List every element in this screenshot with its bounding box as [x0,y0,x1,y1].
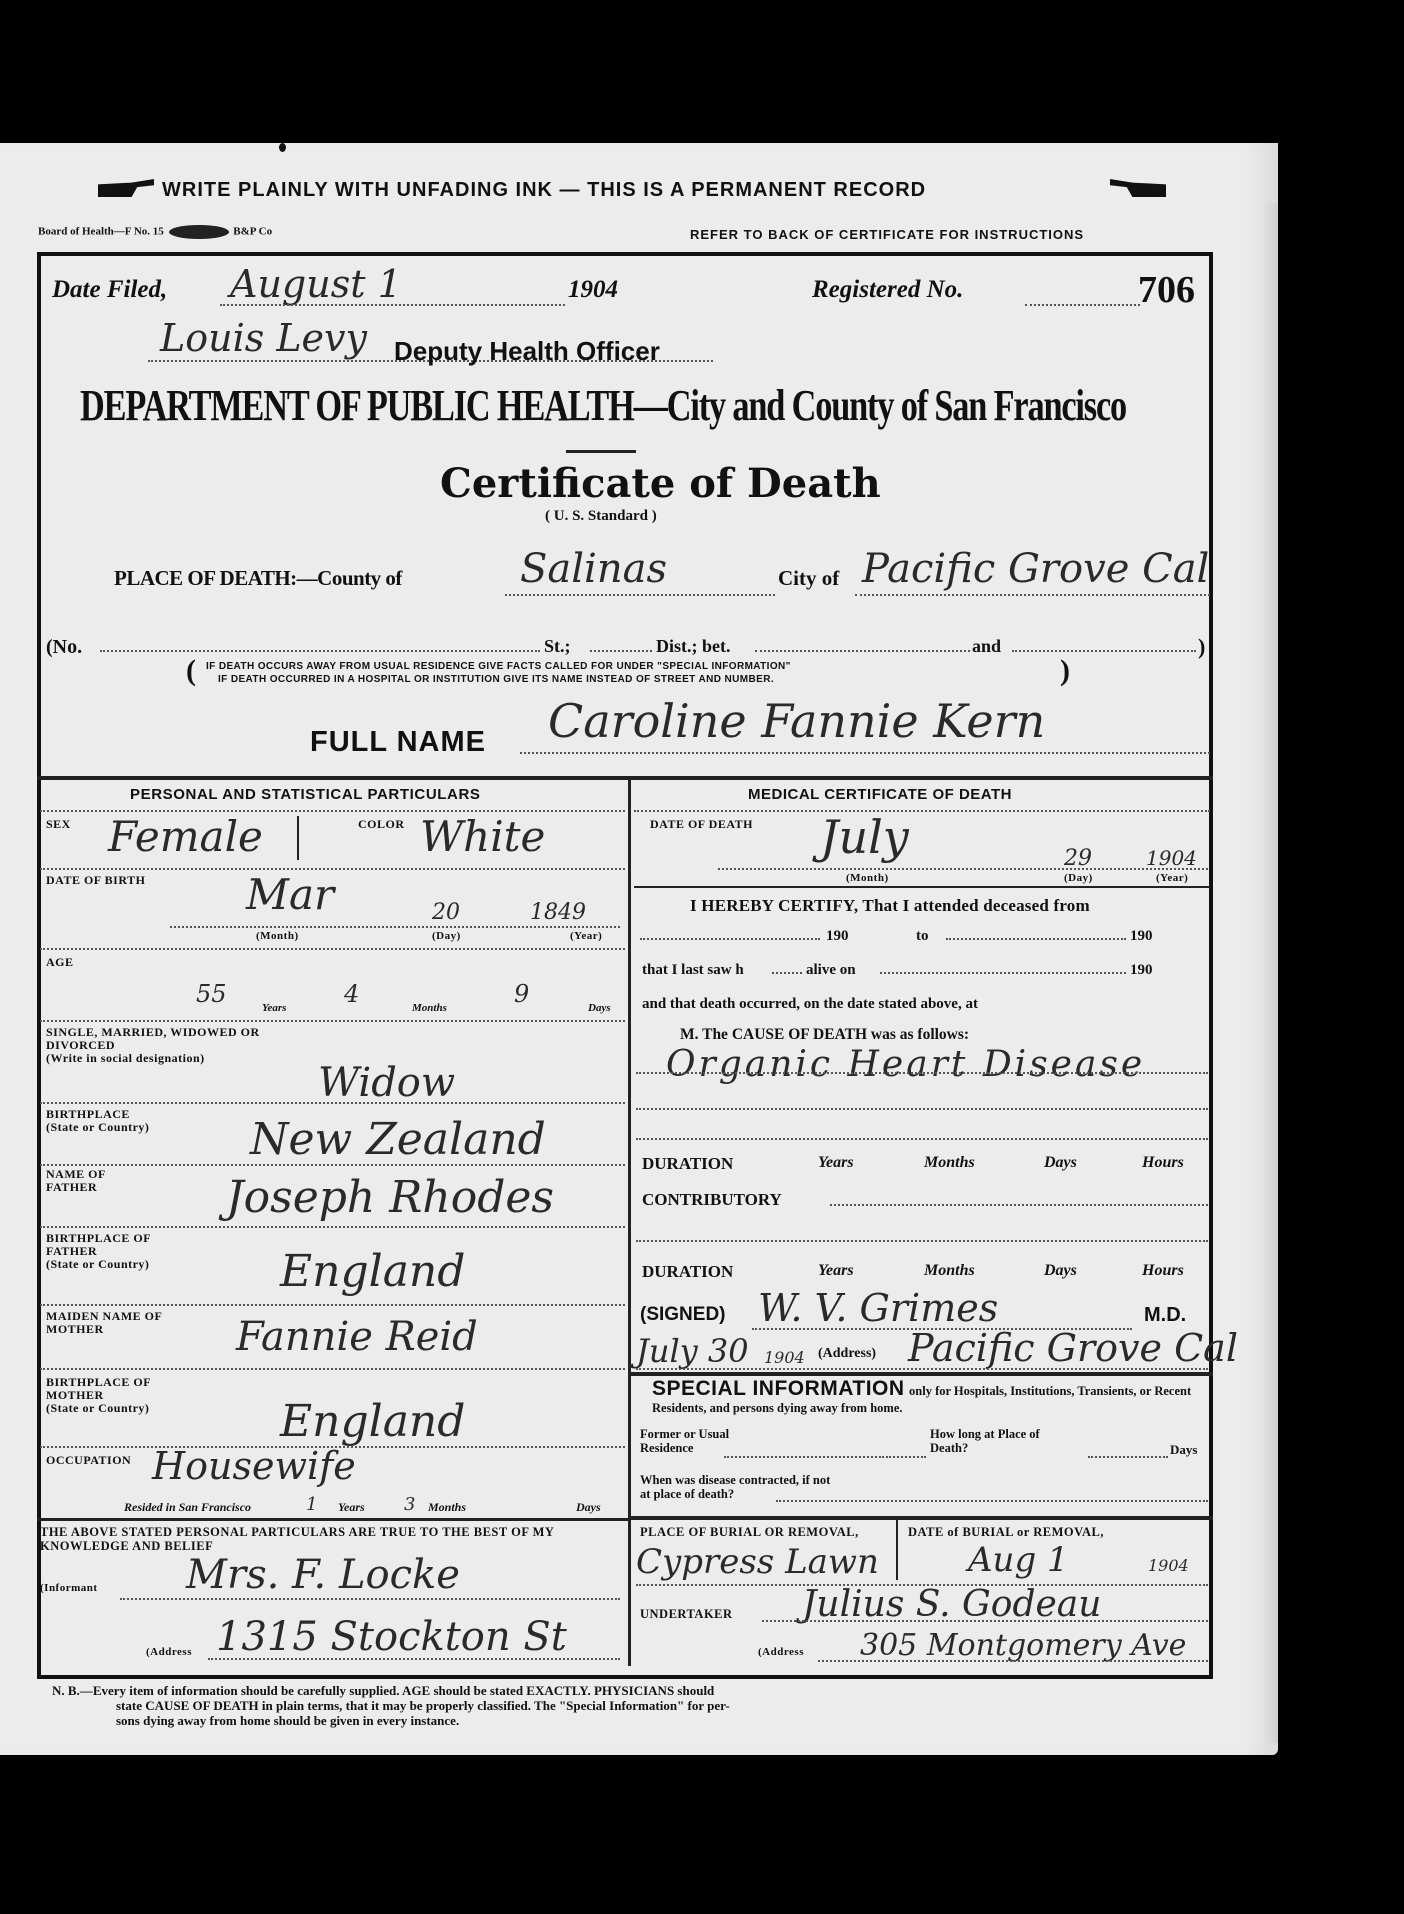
row-rule [634,810,1210,812]
physician-address-label: (Address) [818,1346,876,1362]
sex-label: SEX [46,818,71,831]
informant-value: Mrs. F. Locke [186,1552,460,1598]
department-title: DEPARTMENT OF PUBLIC HEALTH—City and Cou… [80,380,1126,431]
signed-label: (SIGNED) [640,1304,726,1326]
age-months: 4 [344,980,359,1008]
cause-line-2 [636,1108,1208,1110]
dob-line [170,926,620,928]
date-filed-label: Date Filed, [52,276,167,304]
and-label: and [972,636,1001,657]
resided-days-caption: Days [576,1500,601,1515]
dist-line [755,650,970,652]
contracted-label: When was disease contracted, if not at p… [640,1474,840,1502]
row-rule [40,1020,625,1022]
city-label: City of [778,566,839,591]
physician-signature: W. V. Grimes [758,1286,998,1330]
informant-address-line [208,1658,620,1660]
former-residence-label: Former or Usual Residence [640,1428,750,1456]
st-line [590,650,652,652]
row-rule [40,1226,625,1228]
certify-text: I HEREBY CERTIFY, That I attended deceas… [690,896,1090,916]
union-label-icon [169,225,229,239]
dod-divider [634,886,1210,888]
special-heading-big: SPECIAL INFORMATION [652,1377,905,1400]
burial-divider [629,1516,1213,1520]
undertaker-address-label: (Address [758,1646,804,1658]
age-years-caption: Years [262,1002,286,1014]
marital-sub-text: (Write in social designation) [46,1051,205,1065]
father-birthplace-value: England [280,1246,465,1297]
contracted-line [776,1500,1208,1502]
dod-label: DATE OF DEATH [650,818,753,831]
occurred-text: and that death occurred, on the date sta… [642,996,978,1013]
date-filed-value: August 1 [230,262,402,306]
birthplace-value: New Zealand [250,1114,546,1165]
birthplace-sub-text: (State or Country) [46,1120,149,1134]
signed-year: 1904 [764,1348,805,1367]
occupation-label: OCCUPATION [46,1454,131,1467]
dob-day: 20 [432,900,460,925]
county-line [505,594,775,596]
father-value: Joseph Rhodes [226,1172,554,1223]
note-close-paren: ) [1060,654,1070,688]
dod-line [718,868,1208,870]
father-bp-label-text: BIRTHPLACE OF FATHER [46,1231,151,1258]
undertaker-label: UNDERTAKER [640,1608,733,1622]
county-value: Salinas [520,546,667,592]
special-heading: SPECIAL INFORMATION only for Hospitals, … [652,1378,1212,1417]
dod-month: July [820,810,909,864]
alive-190: 190 [1130,962,1153,979]
father-bp-sub-text: (State or Country) [46,1257,149,1271]
title-rule [566,450,636,453]
alive-on-line [880,972,1126,974]
mother-value: Fannie Reid [236,1314,478,1360]
from-190: 190 [826,928,849,945]
full-name-line [520,752,1210,754]
burial-date-value: Aug 1 [968,1540,1069,1580]
full-name-label: FULL NAME [310,726,486,759]
dod-month-caption: (Month) [846,872,889,884]
duration-years-2: Years [818,1262,854,1280]
personal-heading: PERSONAL AND STATISTICAL PARTICULARS [130,786,481,803]
birthplace-label-text: BIRTHPLACE [46,1107,130,1121]
days-label: Days [1170,1442,1197,1458]
dist-label: Dist.; bet. [656,636,731,657]
contributory-line [830,1204,1208,1206]
resided-months-caption: Months [428,1500,466,1515]
full-name-value: Caroline Fannie Kern [548,694,1045,748]
sex-color-divider [297,816,299,860]
cause-text: M. The CAUSE OF DEATH was as follows: [680,1026,969,1044]
footer-line-2: state CAUSE OF DEATH in plain terms, tha… [52,1699,730,1714]
dod-year-caption: (Year) [1156,872,1188,884]
mother-birthplace-value: England [280,1396,465,1447]
physician-address-line [636,1368,1208,1370]
close-paren: ) [1198,634,1205,660]
dob-label: DATE OF BIRTH [46,874,145,887]
marital-label: SINGLE, MARRIED, WIDOWED OR DIVORCED (Wr… [46,1026,276,1066]
form-id: Board of Health—F No. 15 B&P Co [38,225,272,239]
last-saw-text: that I last saw h [642,962,744,979]
contributory-label: CONTRIBUTORY [642,1190,782,1210]
duration-days-1: Days [1044,1154,1077,1172]
pronoun-line [772,972,802,974]
footer-line-3: sons dying away from home should be give… [52,1714,730,1729]
certificate-title: Certificate of Death [440,460,881,507]
duration-months-2: Months [924,1262,975,1280]
father-birthplace-label: BIRTHPLACE OF FATHER (State or Country) [46,1232,196,1272]
former-residence-line [724,1456,884,1458]
duration-label-2: DURATION [642,1262,733,1282]
date-filed-line [220,304,565,306]
birthplace-label: BIRTHPLACE (State or Country) [46,1108,149,1134]
resided-months: 3 [404,1494,415,1515]
former-residence-line-2 [886,1456,926,1458]
dob-month-caption: (Month) [256,930,299,942]
printer-text: B&P Co [233,226,272,238]
cause-line-3 [636,1138,1208,1140]
row-rule [40,1102,625,1104]
age-label: AGE [46,956,74,969]
footer-line-1: N. B.—Every item of information should b… [52,1684,730,1699]
burial-place-label: PLACE OF BURIAL OR REMOVAL, [640,1526,859,1540]
street-no-line [100,650,540,652]
note-line-1: IF DEATH OCCURS AWAY FROM USUAL RESIDENC… [206,662,791,673]
note-line-2: IF DEATH OCCURRED IN A HOSPITAL OR INSTI… [218,675,774,686]
duration-months-1: Months [924,1154,975,1172]
standard-subtitle: ( U. S. Standard ) [545,508,657,525]
column-divider [628,776,631,1666]
footer-text-1: Every item of information should be care… [93,1683,714,1698]
to-line [946,938,1126,940]
undertaker-address-value: 305 Montgomery Ave [860,1628,1186,1663]
occupation-value: Housewife [152,1444,356,1488]
dod-day-caption: (Day) [1064,872,1093,884]
to-label: to [916,928,929,945]
duration-days-2: Days [1044,1262,1077,1280]
nb-label: N. B.— [52,1683,93,1698]
section-divider [37,776,1213,780]
resided-years: 1 [306,1494,317,1515]
city-line [855,594,1210,596]
burial-vertical-divider [896,1520,898,1580]
row-rule [40,1304,625,1306]
dob-year-caption: (Year) [570,930,602,942]
no-label: (No. [46,636,82,659]
resided-label: Resided in San Francisco [124,1500,251,1515]
informant-divider [37,1518,629,1521]
punch-mark [279,143,286,152]
informant-statement: THE ABOVE STATED PERSONAL PARTICULARS AR… [40,1526,620,1554]
contributory-line-2 [636,1240,1208,1242]
mother-label: MAIDEN NAME OF MOTHER [46,1310,186,1336]
banner-text: WRITE PLAINLY WITH UNFADING INK — THIS I… [162,179,926,202]
st-label: St.; [544,636,571,657]
footer-note: N. B.—Every item of information should b… [52,1684,730,1729]
age-days: 9 [514,980,529,1008]
registered-label: Registered No. [812,276,963,304]
informant-address-label: (Address [146,1646,192,1658]
sex-value: Female [108,812,263,861]
undertaker-address-line [818,1660,1208,1662]
dod-year: 1904 [1146,846,1197,870]
dob-year: 1849 [530,900,586,925]
cause-value: Organic Heart Disease [666,1044,1145,1085]
color-label: COLOR [358,818,405,831]
registered-number: 706 [1138,268,1195,312]
burial-place-value: Cypress Lawn [636,1542,879,1582]
cause-line-1 [636,1072,1208,1074]
note-open-paren: ( [186,654,196,688]
special-divider [629,1372,1213,1376]
medical-heading: MEDICAL CERTIFICATE OF DEATH [748,786,1012,803]
to-190: 190 [1130,928,1153,945]
how-long-label: How long at Place of Death? [930,1428,1070,1456]
and-line [1012,650,1196,652]
dob-month: Mar [246,870,334,919]
father-label: NAME OF FATHER [46,1168,126,1194]
officer-signature: Louis Levy [160,316,367,360]
age-months-caption: Months [412,1002,447,1014]
marital-value: Widow [318,1060,455,1106]
from-line [640,938,820,940]
informant-line [120,1598,620,1600]
banner-left-hand-icon [98,179,154,197]
form-id-text: Board of Health—F No. 15 [38,226,164,238]
row-rule [40,1368,625,1370]
date-filed-year: 1904 [568,276,618,304]
mother-bp-label-text: BIRTHPLACE OF MOTHER [46,1375,151,1402]
informant-address-value: 1315 Stockton St [216,1614,567,1660]
age-years: 55 [196,980,227,1008]
mother-bp-sub-text: (State or Country) [46,1401,149,1415]
how-long-line [1088,1456,1168,1458]
informant-label: (Informant [40,1582,98,1594]
mother-birthplace-label: BIRTHPLACE OF MOTHER (State or Country) [46,1376,196,1416]
registered-line [1025,304,1140,306]
place-of-death-label: PLACE OF DEATH:—County of [114,566,402,591]
burial-date-label: DATE of BURIAL or REMOVAL, [908,1526,1104,1540]
row-rule [40,948,625,950]
undertaker-line [762,1620,1208,1622]
burial-year-value: 1904 [1148,1556,1189,1575]
duration-hours-2: Hours [1142,1262,1184,1280]
duration-years-1: Years [818,1154,854,1172]
dob-day-caption: (Day) [432,930,461,942]
marital-label-text: SINGLE, MARRIED, WIDOWED OR DIVORCED [46,1025,260,1052]
duration-hours-1: Hours [1142,1154,1184,1172]
md-label: M.D. [1144,1304,1186,1327]
row-rule [40,1164,625,1166]
physician-address-value: Pacific Grove Cal [908,1326,1238,1370]
age-days-caption: Days [588,1002,611,1014]
color-value: White [420,812,545,861]
duration-label-1: DURATION [642,1154,733,1174]
city-value: Pacific Grove Cal [862,546,1209,592]
banner-right-hand-icon [1110,179,1166,197]
instructions-ref: REFER TO BACK OF CERTIFICATE FOR INSTRUC… [690,227,1084,242]
alive-on-text: alive on [806,962,856,979]
officer-title: Deputy Health Officer [394,336,660,367]
signed-date: July 30 [636,1332,749,1370]
resided-years-caption: Years [338,1500,365,1515]
undertaker-value: Julius S. Godeau [802,1584,1101,1625]
